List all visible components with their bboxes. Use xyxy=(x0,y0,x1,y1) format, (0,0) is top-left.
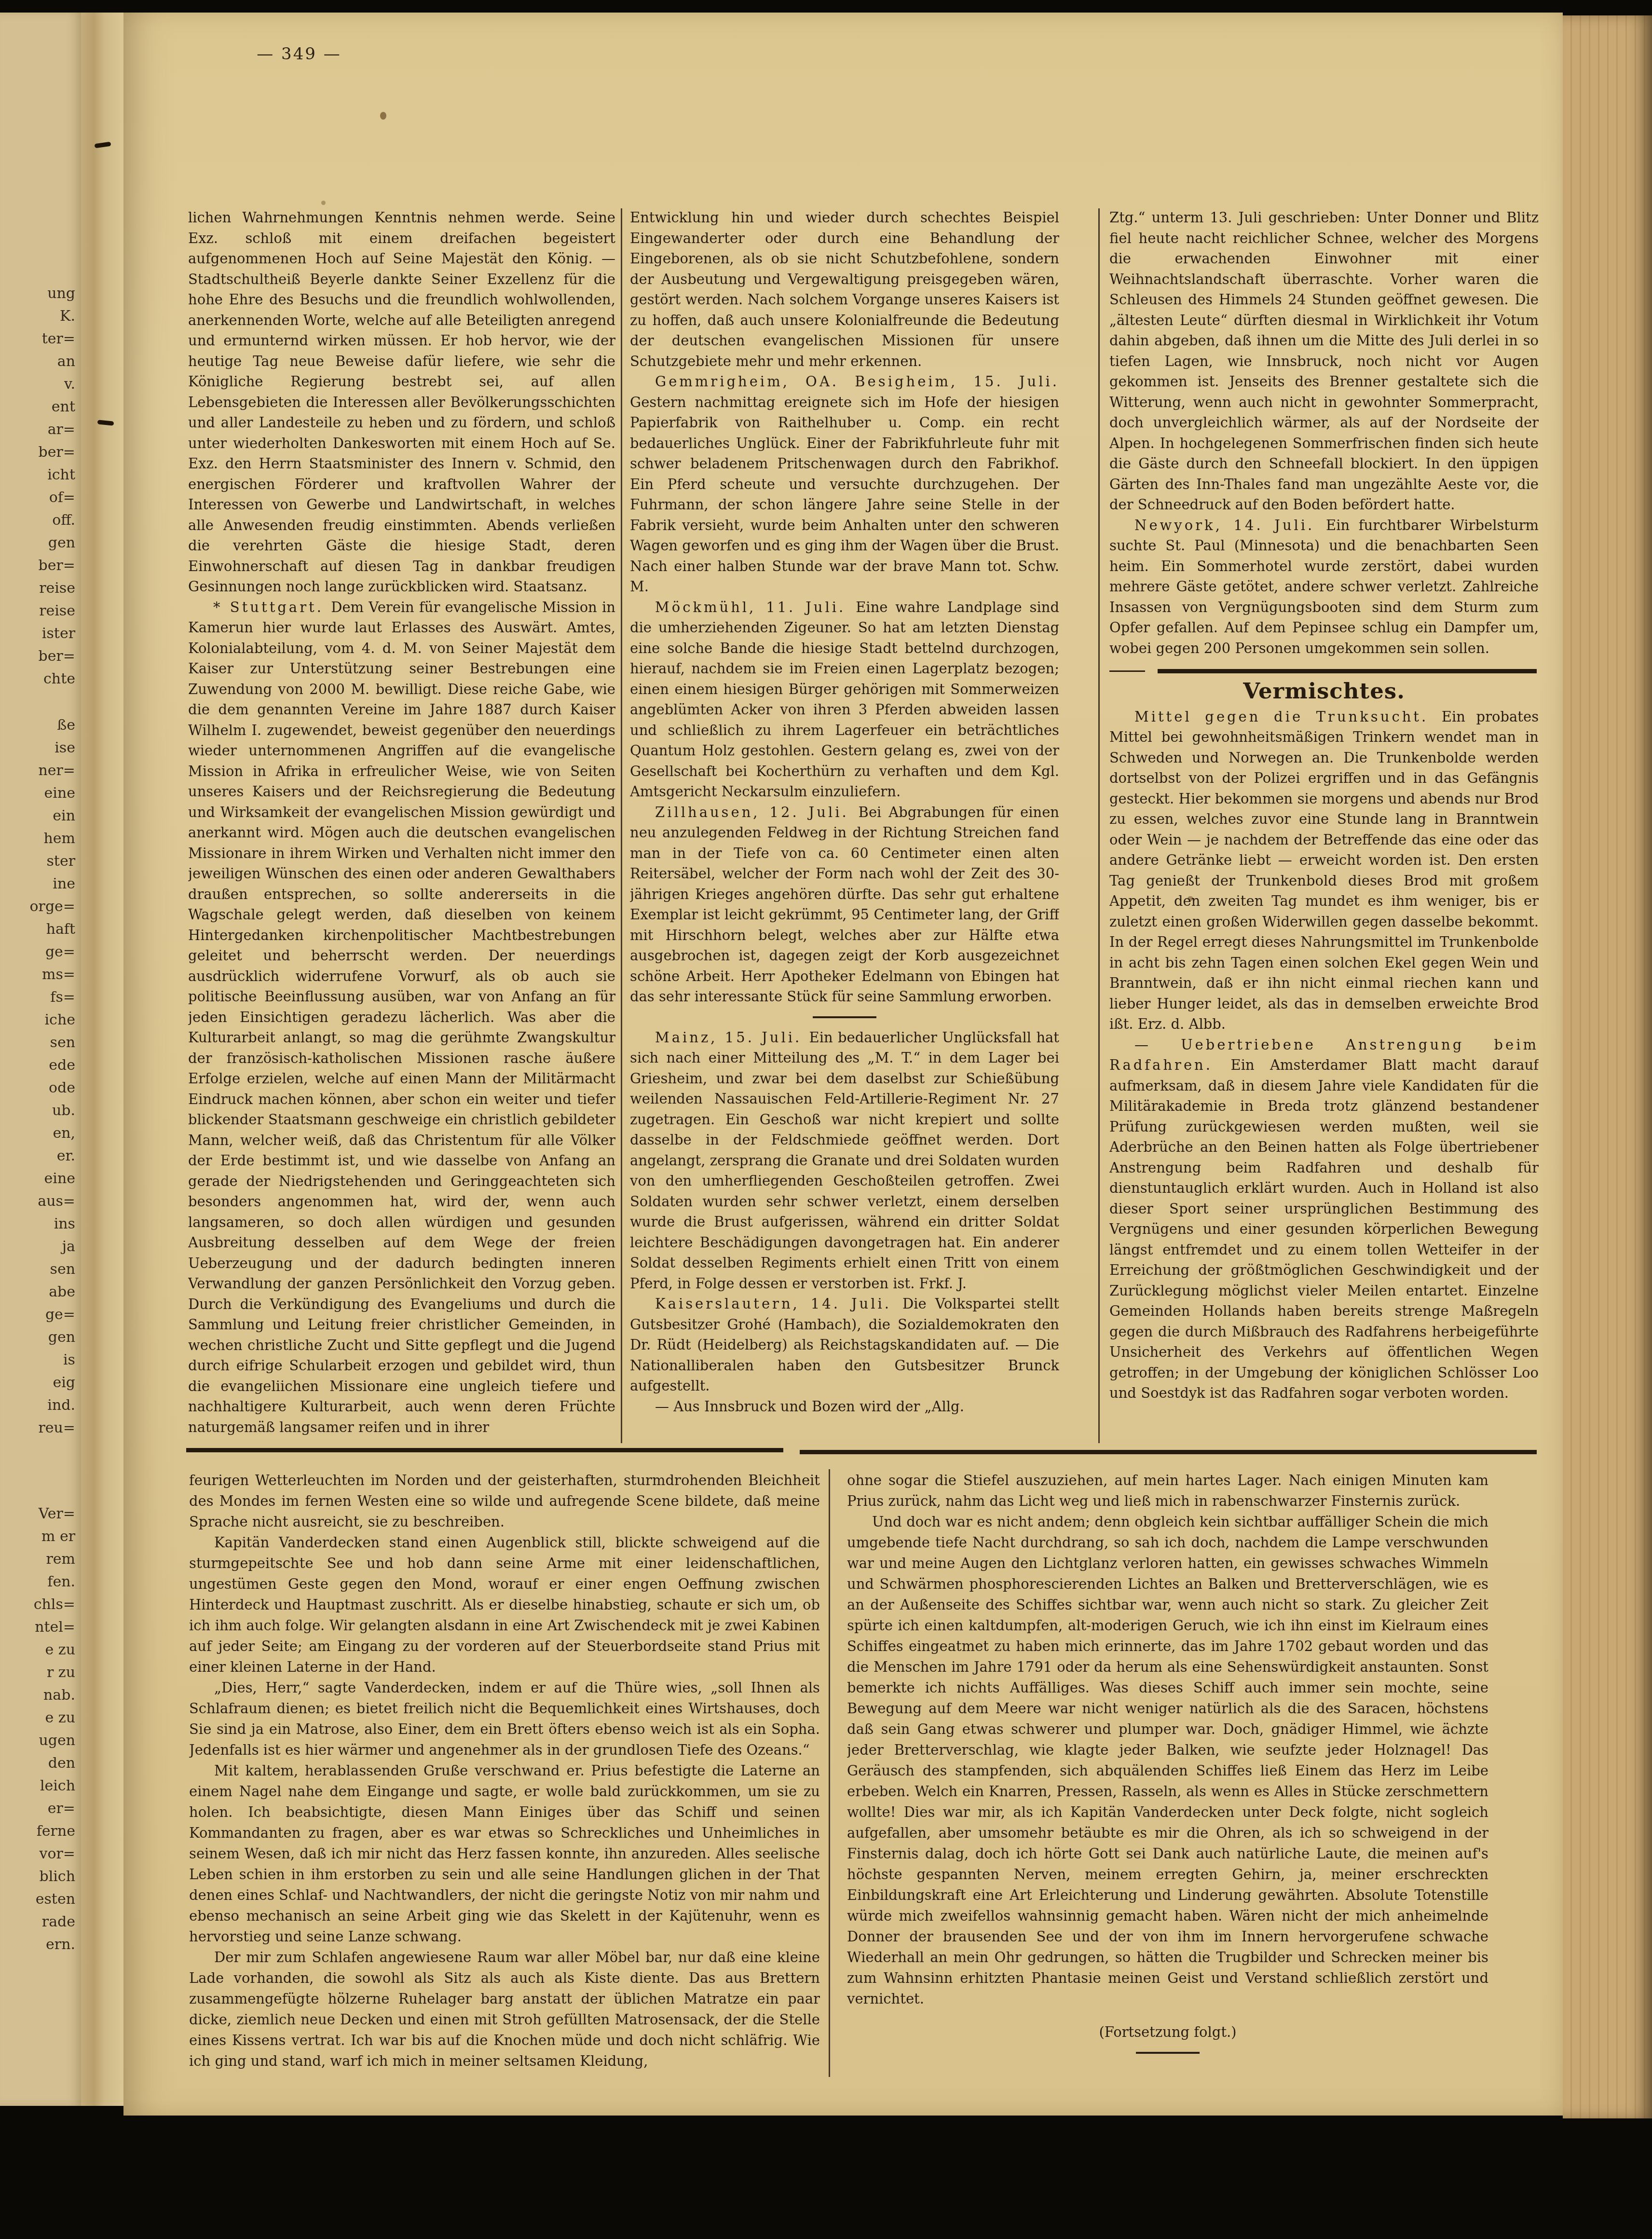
previous-page-edge: ungK.ter=anv.entar=ber=ichtof=off.genber… xyxy=(0,13,81,2106)
news-column-2: Entwicklung hin und wieder durch schecht… xyxy=(630,207,1059,1445)
dateline: Newyork, 14. Juli. xyxy=(1134,517,1326,533)
cut-off-line-fragment: ms= xyxy=(0,963,75,986)
cut-off-line-fragment: ar= xyxy=(0,418,75,441)
cut-off-line-fragment: esten xyxy=(0,1888,75,1911)
prev-page-fragments-top: ungK.ter=anv.entar=ber=ichtof=off.genber… xyxy=(0,282,79,690)
short-rule xyxy=(1136,2052,1200,2054)
cut-off-line-fragment: en, xyxy=(0,1122,75,1145)
cut-off-line-fragment: den xyxy=(0,1752,75,1775)
cut-off-line-fragment: ede xyxy=(0,1054,75,1077)
cut-off-line-fragment: eine xyxy=(0,782,75,805)
paragraph: (Fortsetzung folgt.) xyxy=(847,2022,1488,2043)
dateline: Möckmühl, 11. Juli. xyxy=(655,599,856,615)
paragraph: feurigen Wetterleuchten im Norden und de… xyxy=(189,1470,820,1532)
paper-speck xyxy=(380,112,386,120)
thick-rule xyxy=(1109,669,1537,673)
cut-off-line-fragment: ber= xyxy=(0,554,75,577)
dateline: — Uebertriebene Anstrengung beim Radfahr… xyxy=(1109,1037,1539,1074)
paragraph: Mainz, 15. Juli. Ein bedauerlicher Unglü… xyxy=(630,1027,1059,1294)
dateline: Mittel gegen die Trunksucht. xyxy=(1134,709,1442,725)
paragraph: Möckmühl, 11. Juli. Eine wahre Landplage… xyxy=(630,597,1059,802)
prev-page-fragments-bottom: Ver=m erremfen.chls=ntel=e zur zunab.e z… xyxy=(0,1502,79,1956)
cut-off-line-fragment: nab. xyxy=(0,1684,75,1707)
cut-off-line-fragment: eine xyxy=(0,1167,75,1190)
paragraph: ohne sogar die Stiefel auszuziehen, auf … xyxy=(847,1470,1488,1512)
prev-page-fragments-middle: ßeisener=eineeinhemsterineorge=haftge=ms… xyxy=(0,714,79,1439)
cut-off-line-fragment: reu= xyxy=(0,1417,75,1439)
dateline: Mainz, 15. Juli. xyxy=(655,1029,809,1046)
paragraph: * Stuttgart. Dem Verein für evangelische… xyxy=(188,597,615,1438)
cut-off-line-fragment: ja xyxy=(0,1235,75,1258)
column-divider xyxy=(1098,208,1100,1443)
dateline: Gemmrigheim, OA. Besigheim, 15. Juli. xyxy=(655,373,1059,390)
cut-off-line-fragment: ister xyxy=(0,622,75,645)
cut-off-line-fragment: ugen xyxy=(0,1729,75,1752)
news-column-1: lichen Wahrnehmungen Kenntnis nehmen wer… xyxy=(188,207,615,1445)
cut-off-line-fragment: ge= xyxy=(0,941,75,963)
paragraph: Und doch war es nicht andem; denn obglei… xyxy=(847,1512,1488,2009)
cut-off-line-fragment: is xyxy=(0,1349,75,1371)
cut-off-line-fragment: er= xyxy=(0,1797,75,1820)
paper-speck xyxy=(321,201,326,205)
paragraph: Kapitän Vanderdecken stand einen Augenbl… xyxy=(189,1532,820,1678)
cut-off-line-fragment: ge= xyxy=(0,1303,75,1326)
thick-rule-segment xyxy=(1158,669,1537,673)
feuilleton-column-1: feurigen Wetterleuchten im Norden und de… xyxy=(189,1470,820,2089)
cut-off-line-fragment: ent xyxy=(0,396,75,418)
newspaper-scan-page: ungK.ter=anv.entar=ber=ichtof=off.genber… xyxy=(0,0,1652,2239)
section-divider xyxy=(186,1448,783,1452)
cut-off-line-fragment: ber= xyxy=(0,441,75,464)
cut-off-line-fragment: ind. xyxy=(0,1394,75,1417)
feuilleton-column-divider xyxy=(829,1469,830,2077)
cut-off-line-fragment: K. xyxy=(0,305,75,328)
binding-crease xyxy=(81,13,123,2106)
section-heading: Vermischtes. xyxy=(1109,681,1539,702)
cut-off-line-fragment: rem xyxy=(0,1548,75,1570)
cut-off-line-fragment: iche xyxy=(0,1009,75,1031)
cut-off-line-fragment: fen. xyxy=(0,1570,75,1593)
dateline: Zillhausen, 12. Juli. xyxy=(655,804,859,820)
cut-off-line-fragment: chte xyxy=(0,668,75,690)
cut-off-line-fragment: of= xyxy=(0,486,75,509)
cut-off-line-fragment: ferne xyxy=(0,1820,75,1843)
page-number: — 349 — xyxy=(227,44,371,64)
cut-off-line-fragment: ner= xyxy=(0,759,75,782)
cut-off-line-fragment: vor= xyxy=(0,1843,75,1865)
photo-top-edge xyxy=(0,0,1652,13)
dateline: * Stuttgart. xyxy=(213,599,331,615)
cut-off-line-fragment: reise xyxy=(0,577,75,600)
cut-off-line-fragment: e zu xyxy=(0,1707,75,1729)
cut-off-line-fragment: eig xyxy=(0,1371,75,1394)
feuilleton-column-2: ohne sogar die Stiefel auszuziehen, auf … xyxy=(847,1470,1488,2089)
cut-off-line-fragment: chls= xyxy=(0,1593,75,1616)
thick-rule-segment xyxy=(1109,670,1145,672)
paragraph: Gemmrigheim, OA. Besigheim, 15. Juli. Ge… xyxy=(630,371,1059,597)
cut-off-line-fragment: er. xyxy=(0,1145,75,1167)
cut-off-line-fragment: e zu xyxy=(0,1638,75,1661)
cut-off-line-fragment: rade xyxy=(0,1911,75,1933)
paragraph: Mit kaltem, herablassenden Gruße verschw… xyxy=(189,1761,820,1947)
dateline: Kaiserslautern, 14. Juli. xyxy=(655,1296,902,1312)
cut-off-line-fragment: ub. xyxy=(0,1099,75,1122)
cut-off-line-fragment: ine xyxy=(0,873,75,895)
cut-off-line-fragment: m er xyxy=(0,1525,75,1548)
book-fore-edge xyxy=(1563,15,1652,2118)
photo-bottom-edge xyxy=(0,2103,1652,2239)
cut-off-line-fragment: ntel= xyxy=(0,1616,75,1638)
short-rule xyxy=(813,1016,876,1018)
cut-off-line-fragment: r zu xyxy=(0,1661,75,1684)
cut-off-line-fragment: ber= xyxy=(0,645,75,668)
cut-off-line-fragment: an xyxy=(0,350,75,373)
paragraph: Entwicklung hin und wieder durch schecht… xyxy=(630,207,1059,371)
cut-off-line-fragment: aus= xyxy=(0,1190,75,1213)
cut-off-line-fragment: sen xyxy=(0,1031,75,1054)
cut-off-line-fragment: icht xyxy=(0,464,75,486)
cut-off-line-fragment: haft xyxy=(0,918,75,941)
cut-off-line-fragment: ein xyxy=(0,805,75,827)
cut-off-line-fragment: orge= xyxy=(0,895,75,918)
cut-off-line-fragment: fs= xyxy=(0,986,75,1009)
section-divider xyxy=(800,1450,1537,1454)
paragraph: — Uebertriebene Anstrengung beim Radfahr… xyxy=(1109,1035,1539,1404)
cut-off-line-fragment: leich xyxy=(0,1775,75,1797)
cut-off-line-fragment: ern. xyxy=(0,1933,75,1956)
cut-off-line-fragment: reise xyxy=(0,600,75,622)
cut-off-line-fragment: abe xyxy=(0,1281,75,1303)
cut-off-line-fragment: ster xyxy=(0,850,75,873)
cut-off-line-fragment: gen xyxy=(0,532,75,554)
cut-off-line-fragment: ter= xyxy=(0,328,75,350)
cut-off-line-fragment: blich xyxy=(0,1865,75,1888)
cut-off-line-fragment: sen xyxy=(0,1258,75,1281)
cut-off-line-fragment: ins xyxy=(0,1213,75,1235)
cut-off-line-fragment: off. xyxy=(0,509,75,532)
paragraph: Der mir zum Schlafen angewiesene Raum wa… xyxy=(189,1947,820,2072)
cut-off-line-fragment: ße xyxy=(0,714,75,737)
cut-off-line-fragment: v. xyxy=(0,373,75,396)
cut-off-line-fragment: ode xyxy=(0,1077,75,1099)
news-column-3: Ztg.“ unterm 13. Juli geschrieben: Unter… xyxy=(1109,207,1539,1445)
cut-off-line-fragment: hem xyxy=(0,827,75,850)
paragraph: Newyork, 14. Juli. Ein furchtbarer Wirbe… xyxy=(1109,515,1539,659)
column-divider xyxy=(621,208,622,1443)
paragraph: — Aus Innsbruck und Bozen wird der „Allg… xyxy=(630,1396,1059,1417)
cut-off-line-fragment: gen xyxy=(0,1326,75,1349)
cut-off-line-fragment: ise xyxy=(0,737,75,759)
paragraph: Zillhausen, 12. Juli. Bei Abgrabungen fü… xyxy=(630,802,1059,1007)
paragraph: „Dies, Herr,“ sagte Vanderdecken, indem … xyxy=(189,1678,820,1761)
cut-off-line-fragment: ung xyxy=(0,282,75,305)
cut-off-line-fragment: Ver= xyxy=(0,1502,75,1525)
paragraph: lichen Wahrnehmungen Kenntnis nehmen wer… xyxy=(188,207,615,597)
paragraph: Ztg.“ unterm 13. Juli geschrieben: Unter… xyxy=(1109,207,1539,515)
paragraph: Kaiserslautern, 14. Juli. Die Volksparte… xyxy=(630,1294,1059,1396)
paragraph: Mittel gegen die Trunksucht. Ein probate… xyxy=(1109,707,1539,1035)
